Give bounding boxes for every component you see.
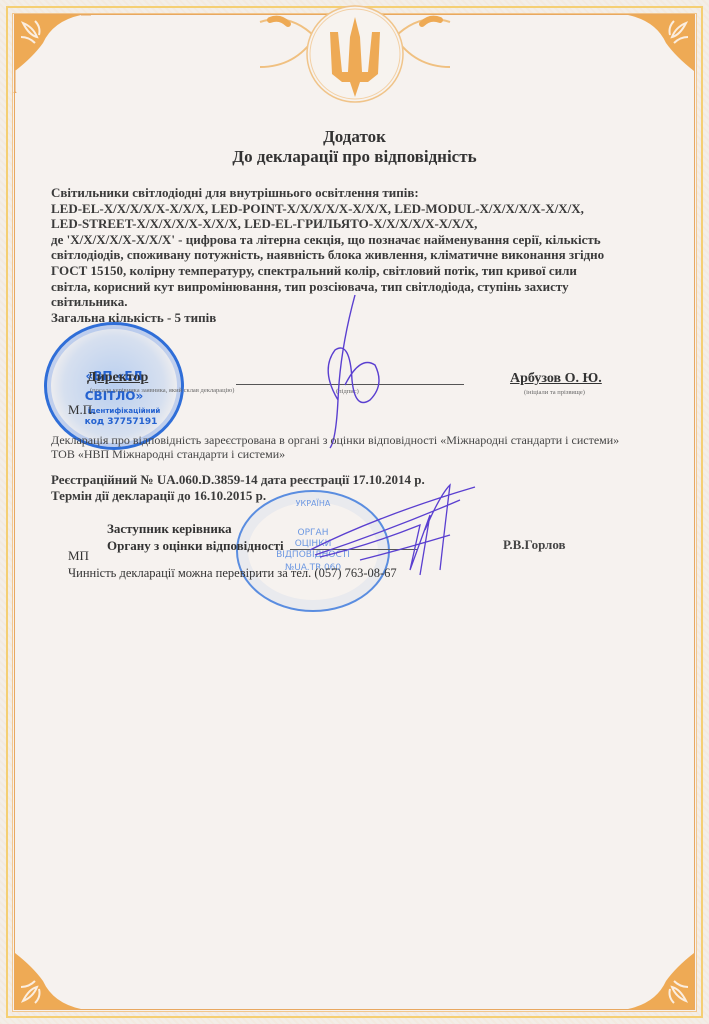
total-types: Загальна кількість - 5 типів (51, 310, 651, 326)
corner-ornament-icon (616, 13, 696, 93)
corner-ornament-icon (13, 931, 93, 1011)
name-hint: (ініціали та прізвище) (524, 389, 585, 396)
position-hint: (посада керівника заявника, який склав д… (90, 387, 234, 394)
seal-place: МП (68, 548, 89, 564)
stamp-text: УКРАЇНА (238, 498, 388, 509)
page-subtitle: До декларації про відповідність (0, 147, 709, 167)
registration-note-line: Декларація про відповідність зареєстрова… (51, 433, 619, 447)
product-description: Світильники світлодіодні для внутрішньог… (51, 185, 651, 325)
registration-number: Реєстраційний № UA.060.D.3859-14 дата ре… (51, 472, 425, 488)
body-line: де 'X/X/X/X/X-X/X/X' - цифрова та літерн… (51, 232, 651, 248)
applicant-position: Директор (87, 370, 148, 386)
body-line: LED-STREET-X/X/X/X/X-X/X/X, LED-EL-ГРИЛЬ… (51, 216, 651, 232)
body-line: світлодіодів, споживану потужність, наяв… (51, 247, 651, 263)
body-line: світла, корисний кут випромінювання, тип… (51, 279, 651, 295)
document-page: Додаток До декларації про відповідність … (0, 0, 709, 1024)
signature-line (236, 384, 464, 385)
authority-position-line: Заступник керівника (107, 520, 284, 537)
corner-ornament-icon (616, 931, 696, 1011)
registration-note: Декларація про відповідність зареєстрова… (51, 433, 619, 461)
body-line: ГОСТ 15150, колірну температуру, спектра… (51, 263, 651, 279)
stamp-code: код 37757191 (61, 417, 181, 427)
authority-position: Заступник керівника Органу з оцінки відп… (107, 520, 284, 554)
signature-hint: (підпис) (336, 388, 359, 395)
seal-place: М.П. (68, 402, 95, 418)
company-stamp: «ВП «ЕЛ СВІТЛО» ідентифікаційний код 377… (44, 322, 184, 450)
trident-emblem-icon (250, 2, 460, 107)
corner-ornament-icon (13, 13, 93, 93)
signature-line (290, 549, 418, 550)
registration-note-line: ТОВ «НВП Міжнародні стандарти і системи» (51, 447, 619, 461)
authority-name: Р.В.Горлов (503, 537, 566, 553)
page-title: Додаток (0, 127, 709, 147)
body-line: світильника. (51, 294, 651, 310)
applicant-name: Арбузов О. Ю. (510, 371, 602, 387)
body-line: LED-EL-X/X/X/X/X-X/X/X, LED-POINT-X/X/X/… (51, 201, 651, 217)
authority-position-line: Органу з оцінки відповідності (107, 537, 284, 554)
body-line: Світильники світлодіодні для внутрішньог… (51, 185, 651, 201)
verification-note: Чинність декларації можна перевірити за … (68, 566, 397, 581)
